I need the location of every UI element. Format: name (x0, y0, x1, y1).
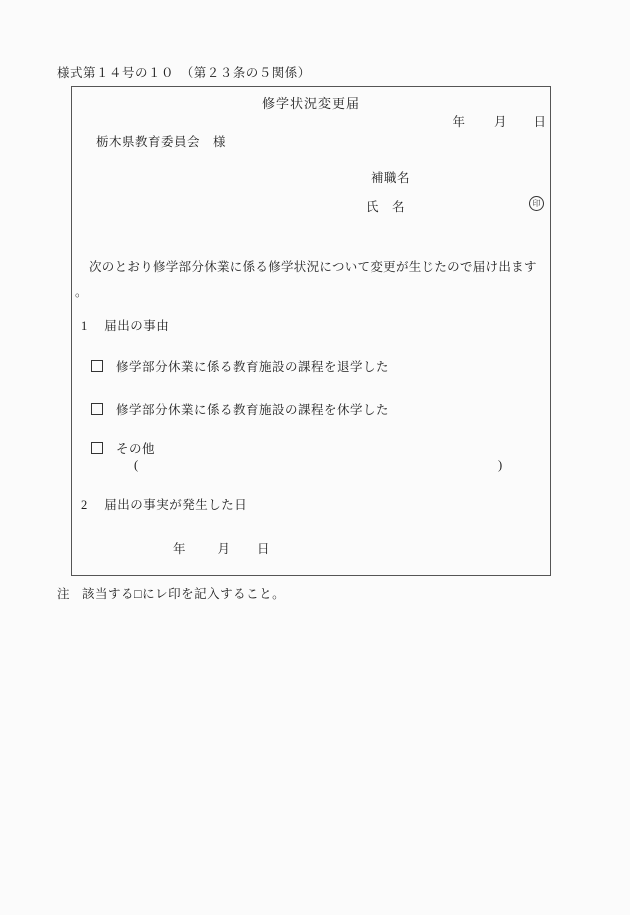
section2-number: 2 (81, 498, 87, 512)
statement-line1: 次のとおり修学部分休業に係る修学状況について変更が生じたので届け出ます (89, 257, 537, 275)
occurrence-year-label: 年 (173, 542, 186, 556)
addressee: 栃木県教育委員会 様 (96, 132, 226, 150)
occurrence-date-line: 年月日 (173, 539, 270, 557)
position-label: 補職名 (371, 168, 410, 186)
option-label-other: その他 (116, 439, 155, 457)
date-year-label: 年 (452, 115, 465, 129)
option-label-withdrew: 修学部分休業に係る教育施設の課程を退学した (116, 357, 389, 375)
seal-character: 印 (533, 200, 541, 208)
option-label-leave: 修学部分休業に係る教育施設の課程を休学した (116, 400, 389, 418)
date-day-label: 日 (533, 115, 546, 129)
date-month-label: 月 (494, 115, 507, 129)
option-row-withdrew: 修学部分休業に係る教育施設の課程を退学した (91, 357, 389, 375)
section1-number: 1 (81, 319, 87, 333)
name-label: 氏 名 (366, 197, 405, 215)
form-title: 修学状況変更届 (72, 93, 550, 112)
section1-heading: 1届出の事由 (81, 316, 169, 334)
statement-line2: 。 (75, 282, 88, 300)
other-paren-open: ( (134, 458, 138, 473)
footnote-text: 該当する□にレ印を記入すること。 (82, 587, 285, 601)
section1-label: 届出の事由 (104, 319, 169, 333)
seal-icon: 印 (529, 196, 544, 211)
form-border-box: 修学状況変更届 年月日 栃木県教育委員会 様 補職名 氏 名 印 次のとおり修学… (71, 86, 551, 576)
occurrence-day-label: 日 (257, 542, 270, 556)
occurrence-month-label: 月 (218, 542, 231, 556)
section2-heading: 2届出の事実が発生した日 (81, 495, 247, 513)
footnote-prefix: 注 (57, 587, 70, 601)
checkbox-withdrew[interactable] (91, 360, 103, 372)
document-page: 様式第１４号の１０ （第２３条の５関係） 修学状況変更届 年月日 栃木県教育委員… (0, 0, 630, 915)
checkbox-leave[interactable] (91, 403, 103, 415)
checkbox-other[interactable] (91, 442, 103, 454)
form-number: 様式第１４号の１０ （第２３条の５関係） (57, 63, 311, 81)
option-row-other: その他 (91, 439, 155, 457)
submission-date-line: 年月日 (452, 112, 550, 130)
footnote: 注該当する□にレ印を記入すること。 (57, 584, 285, 602)
section2-label: 届出の事実が発生した日 (104, 498, 247, 512)
option-row-leave: 修学部分休業に係る教育施設の課程を休学した (91, 400, 389, 418)
other-paren-close: ) (498, 458, 502, 473)
